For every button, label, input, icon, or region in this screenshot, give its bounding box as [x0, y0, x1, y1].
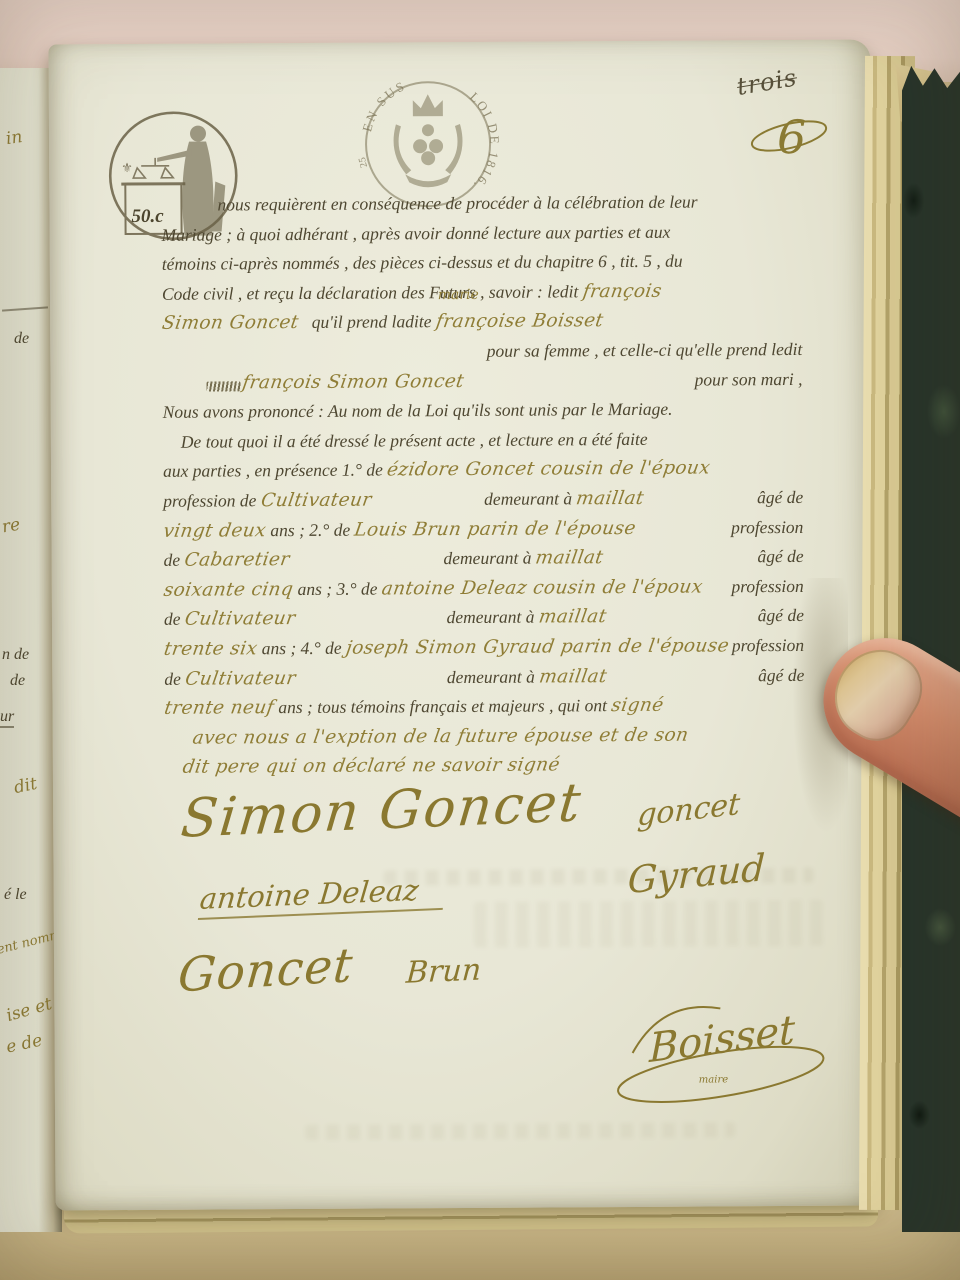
- ink-scribble: [207, 382, 241, 392]
- printed-text: de: [164, 668, 185, 689]
- printed-text: pour son mari ,: [695, 368, 803, 390]
- document-line: De tout quoi il a été dressé le présent …: [163, 428, 803, 462]
- printed-text: qu'il prend ladite: [299, 312, 436, 334]
- handwriting-text: maillat: [538, 666, 609, 687]
- handwriting-text: ézidore Goncet cousin de l'époux: [386, 458, 712, 481]
- crown-icon: [413, 94, 443, 116]
- svg-text:EN SUS: EN SUS: [359, 78, 409, 134]
- printed-text: demeurant à: [446, 607, 538, 629]
- signature-goncet-second: Goncet: [176, 938, 355, 1004]
- handwriting-text: maillat: [575, 488, 646, 509]
- signature-boisset-block: Boisset maire: [602, 992, 853, 1114]
- handwriting-text: joseph Simon Gyraud parin de l'épouse: [344, 635, 730, 658]
- document-line: nous requièrent en conséquence de procéd…: [161, 191, 801, 225]
- document-line: témoins ci-après nommés , des pièces ci-…: [162, 250, 802, 284]
- stamp-arc-left-text: EN SUS: [359, 78, 409, 134]
- signature-goncet-small: goncet: [636, 787, 741, 834]
- stamp-small-number: 25: [357, 156, 370, 169]
- svg-text:LOI DE 1816.: LOI DE 1816.: [467, 89, 503, 194]
- scales-icon: [133, 158, 173, 178]
- document-line: Code civil , et reçu la déclaration des …: [162, 280, 802, 314]
- printed-text: ans ; 2.° de: [266, 519, 355, 541]
- signature-boisset-title: maire: [699, 1074, 728, 1085]
- facing-page-text-fragment: dit: [12, 774, 39, 798]
- page-number: 6: [777, 110, 807, 164]
- handwriting-text: françois Simon Goncet: [241, 371, 466, 393]
- printed-text: aux parties , en présence 1.° de: [163, 460, 387, 482]
- handwriting-text: Cultivateur: [184, 668, 298, 690]
- printed-text: ans ; 4.° de: [257, 638, 346, 660]
- printed-text: âgé de: [757, 487, 803, 508]
- signature-antoine-deleaz: antoine Deleaz: [198, 872, 446, 920]
- interline-handwriting: marie: [438, 287, 479, 303]
- facing-page-text-fragment: e de: [4, 1030, 44, 1057]
- ink-bleedthrough: [305, 1122, 735, 1140]
- stamp-denomination: 50.c: [131, 206, 164, 227]
- printed-text: âgé de: [757, 546, 803, 567]
- facing-page-text-fragment: n de: [2, 646, 29, 664]
- corner-handwritten-note: trois: [735, 63, 799, 100]
- printed-text: de: [164, 550, 185, 571]
- page-number-flourish: 6: [749, 106, 841, 167]
- fleur-ornament: ⚜: [121, 160, 133, 175]
- printed-text: demeurant à: [443, 548, 535, 570]
- thumb: [801, 615, 960, 850]
- handwriting-text: Cabaretier: [183, 549, 291, 571]
- handwriting-text: avec nous a l'exption de la future épous…: [191, 724, 690, 748]
- thumb-holding-page: [822, 568, 960, 844]
- printed-text: profession: [731, 516, 803, 537]
- document-line: aux parties , en présence 1.° de ézidore…: [163, 457, 803, 491]
- handwriting-text: antoine Deleaz cousin de l'époux: [380, 576, 704, 599]
- facing-page-text-fragment: re: [0, 515, 21, 538]
- act-text-block: nous requièrent en conséquence de procéd…: [161, 191, 805, 787]
- printed-text: Code civil , et reçu la déclaration des …: [162, 281, 583, 305]
- printed-text: témoins ci-après nommés , des pièces ci-…: [162, 251, 683, 275]
- printed-text: de: [164, 609, 185, 630]
- stamp-arc-right-text: LOI DE 1816.: [467, 89, 503, 194]
- handwriting-text: soixante cinq: [162, 579, 295, 601]
- facing-page-text-fragment: de: [10, 672, 25, 690]
- handwriting-text: signé: [610, 695, 665, 716]
- ink-bleedthrough: [474, 900, 824, 948]
- signature-brun: Brun: [405, 953, 482, 991]
- printed-text: ans ; 3.° de: [293, 578, 382, 600]
- figure-head: [190, 126, 206, 142]
- printed-text: ans ; tous témoins français et majeurs ,…: [274, 695, 611, 718]
- document-line: de Cabaretierdemeurant à maillatâgé de: [164, 546, 804, 580]
- document-line: de Cultivateurdemeurant à maillatâgé de: [164, 664, 804, 698]
- document-line: pour sa femme , et celle-ci qu'elle pren…: [162, 339, 802, 373]
- thumbnail: [819, 634, 936, 753]
- printed-text: De tout quoi il a été dressé le présent …: [181, 429, 648, 453]
- document-line: françois Simon Goncetpour son mari ,: [162, 368, 802, 402]
- handwriting-text: maillat: [534, 547, 605, 568]
- facing-page-text-fragment: de: [14, 330, 29, 348]
- register-page: trois 6 ⚜ 50.c: [48, 40, 877, 1211]
- wreath-base: [405, 174, 451, 187]
- handwriting-text: vingt deux: [162, 520, 268, 542]
- document-line: vingt deux ans ; 2.° de Louis Brun parin…: [163, 516, 803, 550]
- handwriting-text: Cultivateur: [259, 489, 373, 511]
- printed-text: Mariage ; à quoi adhérant , après avoir …: [162, 221, 671, 245]
- svg-text:25: 25: [357, 156, 370, 169]
- handwriting-text: Louis Brun parin de l'épouse: [353, 517, 638, 540]
- photograph-of-register: inderen dedeurdité leent nomméise ete de…: [0, 0, 960, 1280]
- margin-rule: [2, 306, 48, 311]
- document-line: trente six ans ; 4.° de joseph Simon Gyr…: [164, 635, 804, 669]
- handwriting-text: trente neuf: [163, 697, 276, 719]
- document-line: Nous avons prononcé : Au nom de la Loi q…: [163, 398, 803, 432]
- printed-text: demeurant à: [484, 488, 576, 510]
- document-line: soixante cinq ans ; 3.° de antoine Delea…: [164, 576, 804, 610]
- printed-text: profession de: [163, 490, 261, 512]
- facing-page-text-fragment: in: [5, 127, 24, 149]
- document-line: de Cultivateurdemeurant à maillatâgé de: [164, 605, 804, 639]
- document-line: Mariage ; à quoi adhérant , après avoir …: [162, 221, 802, 255]
- facing-page-text-fragment: ise et: [4, 994, 54, 1026]
- handwriting-text: Simon Goncet: [161, 312, 301, 334]
- document-line: profession de Cultivateurdemeurant à mai…: [163, 487, 803, 521]
- document-line: avec nous a l'exption de la future épous…: [165, 724, 805, 758]
- printed-text: Nous avons prononcé : Au nom de la Loi q…: [163, 399, 673, 423]
- handwriting-text: maillat: [537, 606, 608, 627]
- printed-text: pour sa femme , et celle-ci qu'elle pren…: [487, 339, 803, 362]
- handwriting-text: Cultivateur: [183, 608, 297, 630]
- signature-gyraud: Gyraud: [627, 846, 766, 902]
- printed-text: nous requièrent en conséquence de procéd…: [217, 192, 697, 216]
- document-line: Simon Goncet qu'il prend ladite mariefra…: [162, 309, 802, 343]
- document-line: trente neuf ans ; tous témoins français …: [164, 694, 804, 728]
- handwriting-text: trente six: [163, 638, 259, 660]
- handwriting-text: françoise Boisset: [434, 311, 604, 333]
- facing-page-text-fragment: é le: [4, 886, 27, 904]
- facing-page-text-fragment: ur: [0, 708, 14, 728]
- handwriting-text: françois: [581, 281, 663, 303]
- printed-text: demeurant à: [447, 666, 539, 688]
